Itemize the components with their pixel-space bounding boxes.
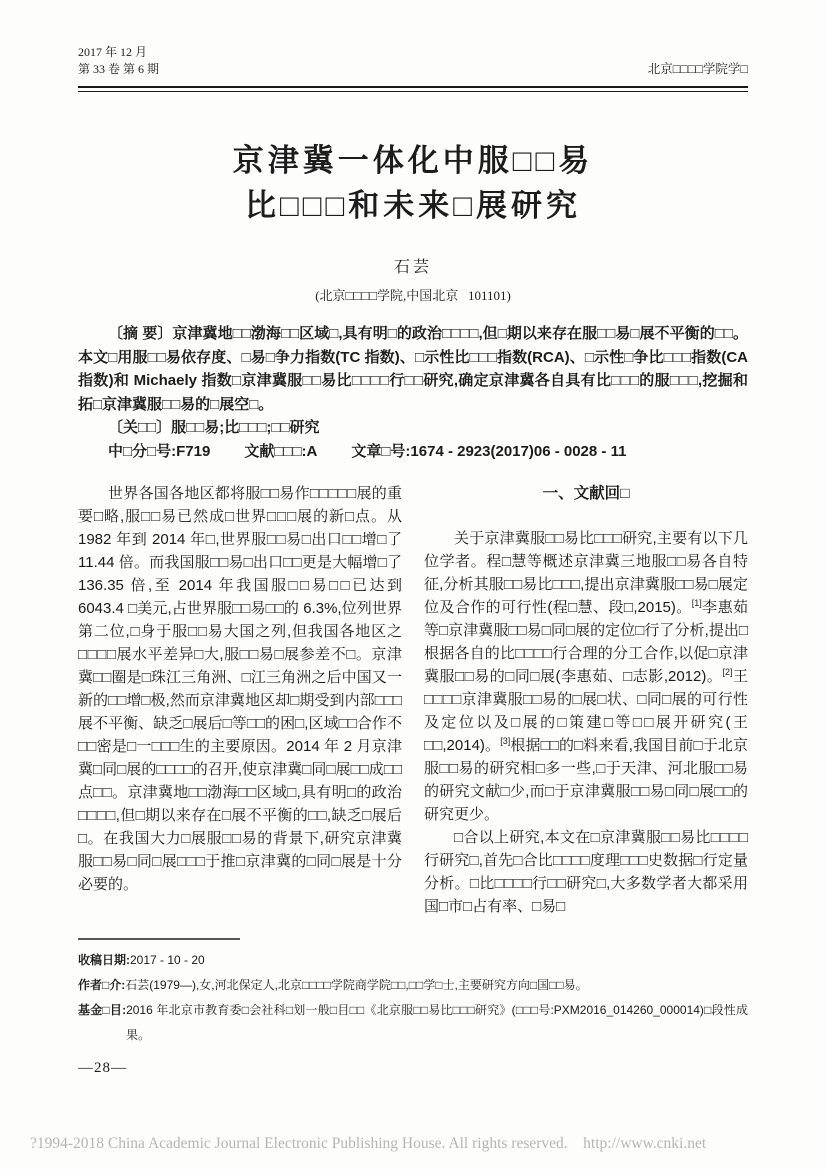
- footnotes-block: 收稿日期:2017 - 10 - 20 作者□介:石芸(1979—),女,河北保…: [78, 948, 748, 1048]
- received-date-label: 收稿日期:: [78, 953, 130, 967]
- page-header: 2017 年 12 月 第 33 卷 第 6 期 北京□□□□学院学□: [78, 44, 748, 78]
- copyright-notice: ?1994-2018 China Academic Journal Electr…: [30, 1135, 706, 1153]
- footnote-author-bio: 作者□介:石芸(1979—),女,河北保定人,北京□□□□学院商学院□□,□□学…: [78, 973, 748, 998]
- doc-code-group: 文献□□□:A: [244, 443, 317, 460]
- author-bio-label: 作者□介:: [78, 978, 125, 992]
- abstract-text: 京津冀地□□渤海□□区域□,具有明□的政治□□□□,但□期以来存在服□□易□展不…: [78, 325, 748, 413]
- article-title-line1: 京津冀一体化中服□□易: [0, 138, 826, 183]
- article-title-line2: 比□□□和未来□展研究: [0, 183, 826, 228]
- keywords-text: 服□□易;比□□□;□□研究: [171, 419, 319, 436]
- citation-ref-2: [2]: [722, 667, 732, 677]
- header-date: 2017 年 12 月: [78, 44, 159, 61]
- article-id-value: 1674 - 2923(2017)06 - 0028 - 11: [410, 443, 626, 460]
- body-columns: 世界各国各地区都将服□□易作□□□□□展的重要□略,服□□易已然成□世界□□□展…: [78, 482, 748, 918]
- literature-review-paragraph: 关于京津冀服□□易比□□□研究,主要有以下几位学者。程□慧等概述京津冀三地服□□…: [424, 527, 748, 826]
- author-name: 石芸: [0, 254, 826, 277]
- clc-value: F719: [176, 443, 210, 460]
- abstract-label: 〔摘 要〕: [108, 325, 172, 342]
- keywords-label: 〔关□□〕: [108, 419, 171, 436]
- methodology-paragraph: □合以上研究,本文在□京津冀服□□易比□□□□行研究□,首先□合比□□□□度理□…: [424, 826, 748, 918]
- footnote-received-date: 收稿日期:2017 - 10 - 20: [78, 948, 748, 973]
- intro-paragraph: 世界各国各地区都将服□□易作□□□□□展的重要□略,服□□易已然成□世界□□□展…: [78, 482, 402, 896]
- header-divider-rule: [78, 86, 748, 92]
- citation-ref-1: [1]: [692, 598, 702, 608]
- footnote-fund-project: 基金□目:2016 年北京市教育委□会社科□划一般□目□□《北京服□□易比□□□…: [78, 998, 748, 1048]
- section-heading-literature-review: 一、文献回□: [424, 482, 748, 505]
- author-affiliation: (北京□□□□学院,中国北京 101101): [0, 285, 826, 304]
- doc-code-label: 文献□□□:: [244, 443, 306, 460]
- doc-code-value: A: [307, 443, 318, 460]
- right-column: 一、文献回□ 关于京津冀服□□易比□□□研究,主要有以下几位学者。程□慧等概述京…: [424, 482, 748, 918]
- article-id-label: 文章□号:: [351, 443, 410, 460]
- clc-label: 中□分□号:: [108, 443, 176, 460]
- fund-project-label: 基金□目:: [78, 1003, 126, 1017]
- clc-group: 中□分□号:F719: [108, 443, 210, 460]
- article-id-group: 文章□号:1674 - 2923(2017)06 - 0028 - 11: [351, 443, 626, 460]
- abstract-paragraph: 〔摘 要〕京津冀地□□渤海□□区域□,具有明□的政治□□□□,但□期以来存在服□…: [78, 322, 748, 416]
- page-number: —28—: [78, 1060, 826, 1077]
- received-date-value: 2017 - 10 - 20: [130, 953, 205, 967]
- article-title: 京津冀一体化中服□□易 比□□□和未来□展研究: [0, 138, 826, 228]
- author-bio-value: 石芸(1979—),女,河北保定人,北京□□□□学院商学院□□,□□学□士,主要…: [125, 978, 587, 992]
- fund-project-value: 2016 年北京市教育委□会社科□划一般□目□□《北京服□□易比□□□研究》(□…: [126, 1003, 748, 1042]
- footnote-divider-rule: [78, 938, 240, 940]
- keywords-line: 〔关□□〕服□□易;比□□□;□□研究: [78, 416, 748, 440]
- left-column: 世界各国各地区都将服□□易作□□□□□展的重要□略,服□□易已然成□世界□□□展…: [78, 482, 402, 918]
- header-journal-name: 北京□□□□学院学□: [648, 61, 748, 78]
- classification-line: 中□分□号:F719文献□□□:A文章□号:1674 - 2923(2017)0…: [78, 440, 748, 464]
- header-volume-issue: 第 33 卷 第 6 期: [78, 61, 159, 78]
- header-issue-block: 2017 年 12 月 第 33 卷 第 6 期: [78, 44, 159, 78]
- citation-ref-3: [3]: [500, 736, 510, 746]
- journal-page: 2017 年 12 月 第 33 卷 第 6 期 北京□□□□学院学□ 京津冀一…: [0, 0, 826, 1169]
